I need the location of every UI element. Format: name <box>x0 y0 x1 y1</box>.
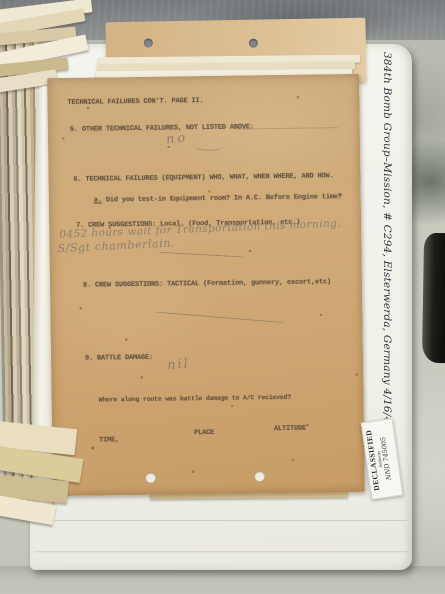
pencil-line <box>156 312 284 323</box>
punch-hole-top-left <box>144 38 153 47</box>
pencil-flourish <box>196 143 223 152</box>
handwritten-note-item5: no <box>165 130 189 148</box>
folder-seam <box>36 520 408 522</box>
typed-line-item5: 5. OTHER TECHNICAL FAILURES, NOT LISTED … <box>70 123 254 134</box>
typed-line-item6a: a. Did you test-in Equipment room? In A.… <box>94 193 342 204</box>
main-document: TECHNICAL FAILURES CON'T. PAGE II. 5. OT… <box>47 74 365 496</box>
stamp-text-block: DECLASSIFIED Authority NND 745005 <box>363 423 398 496</box>
archive-photo: TECHNICAL FAILURES CON'T. PAGE II. 5. OT… <box>0 0 445 594</box>
pencil-line <box>158 252 244 258</box>
handwritten-note-item9: nil <box>167 356 191 373</box>
typed-line-item6: 6. TECHNICAL FAILURES (EQUIPMENT) WHO, W… <box>73 172 333 184</box>
black-object-edge <box>422 233 445 363</box>
folder-crease <box>34 551 410 553</box>
typed-line-item8: 8. CREW SUGGESTIONS: TACTICAL (Formation… <box>83 278 331 289</box>
punch-hole-bottom-right <box>255 471 265 481</box>
item6a-text: Did you test-in Equipment room? In A.C. … <box>102 193 342 204</box>
folder-side-annotation: 384th Bomb Group–Mission, # C294, Elster… <box>381 52 393 432</box>
item6a-prefix: a. <box>94 196 102 204</box>
table-surface-bottom <box>0 566 445 594</box>
dotted-rule <box>238 127 338 130</box>
punch-hole-bottom-left <box>146 473 156 483</box>
footer-label-time: TIME, <box>99 436 119 444</box>
typed-line-item9: 9. BATTLE DAMAGE: <box>85 354 153 363</box>
footer-label-place: PLACE <box>194 429 214 437</box>
paper-specks <box>47 78 48 79</box>
punch-hole-top-right <box>249 39 258 48</box>
typed-line-question9: Where along route was battle damage to A… <box>99 394 292 404</box>
footer-label-altitude: ALTITUDE <box>274 425 306 433</box>
document-header: TECHNICAL FAILURES CON'T. PAGE II. <box>67 97 203 107</box>
